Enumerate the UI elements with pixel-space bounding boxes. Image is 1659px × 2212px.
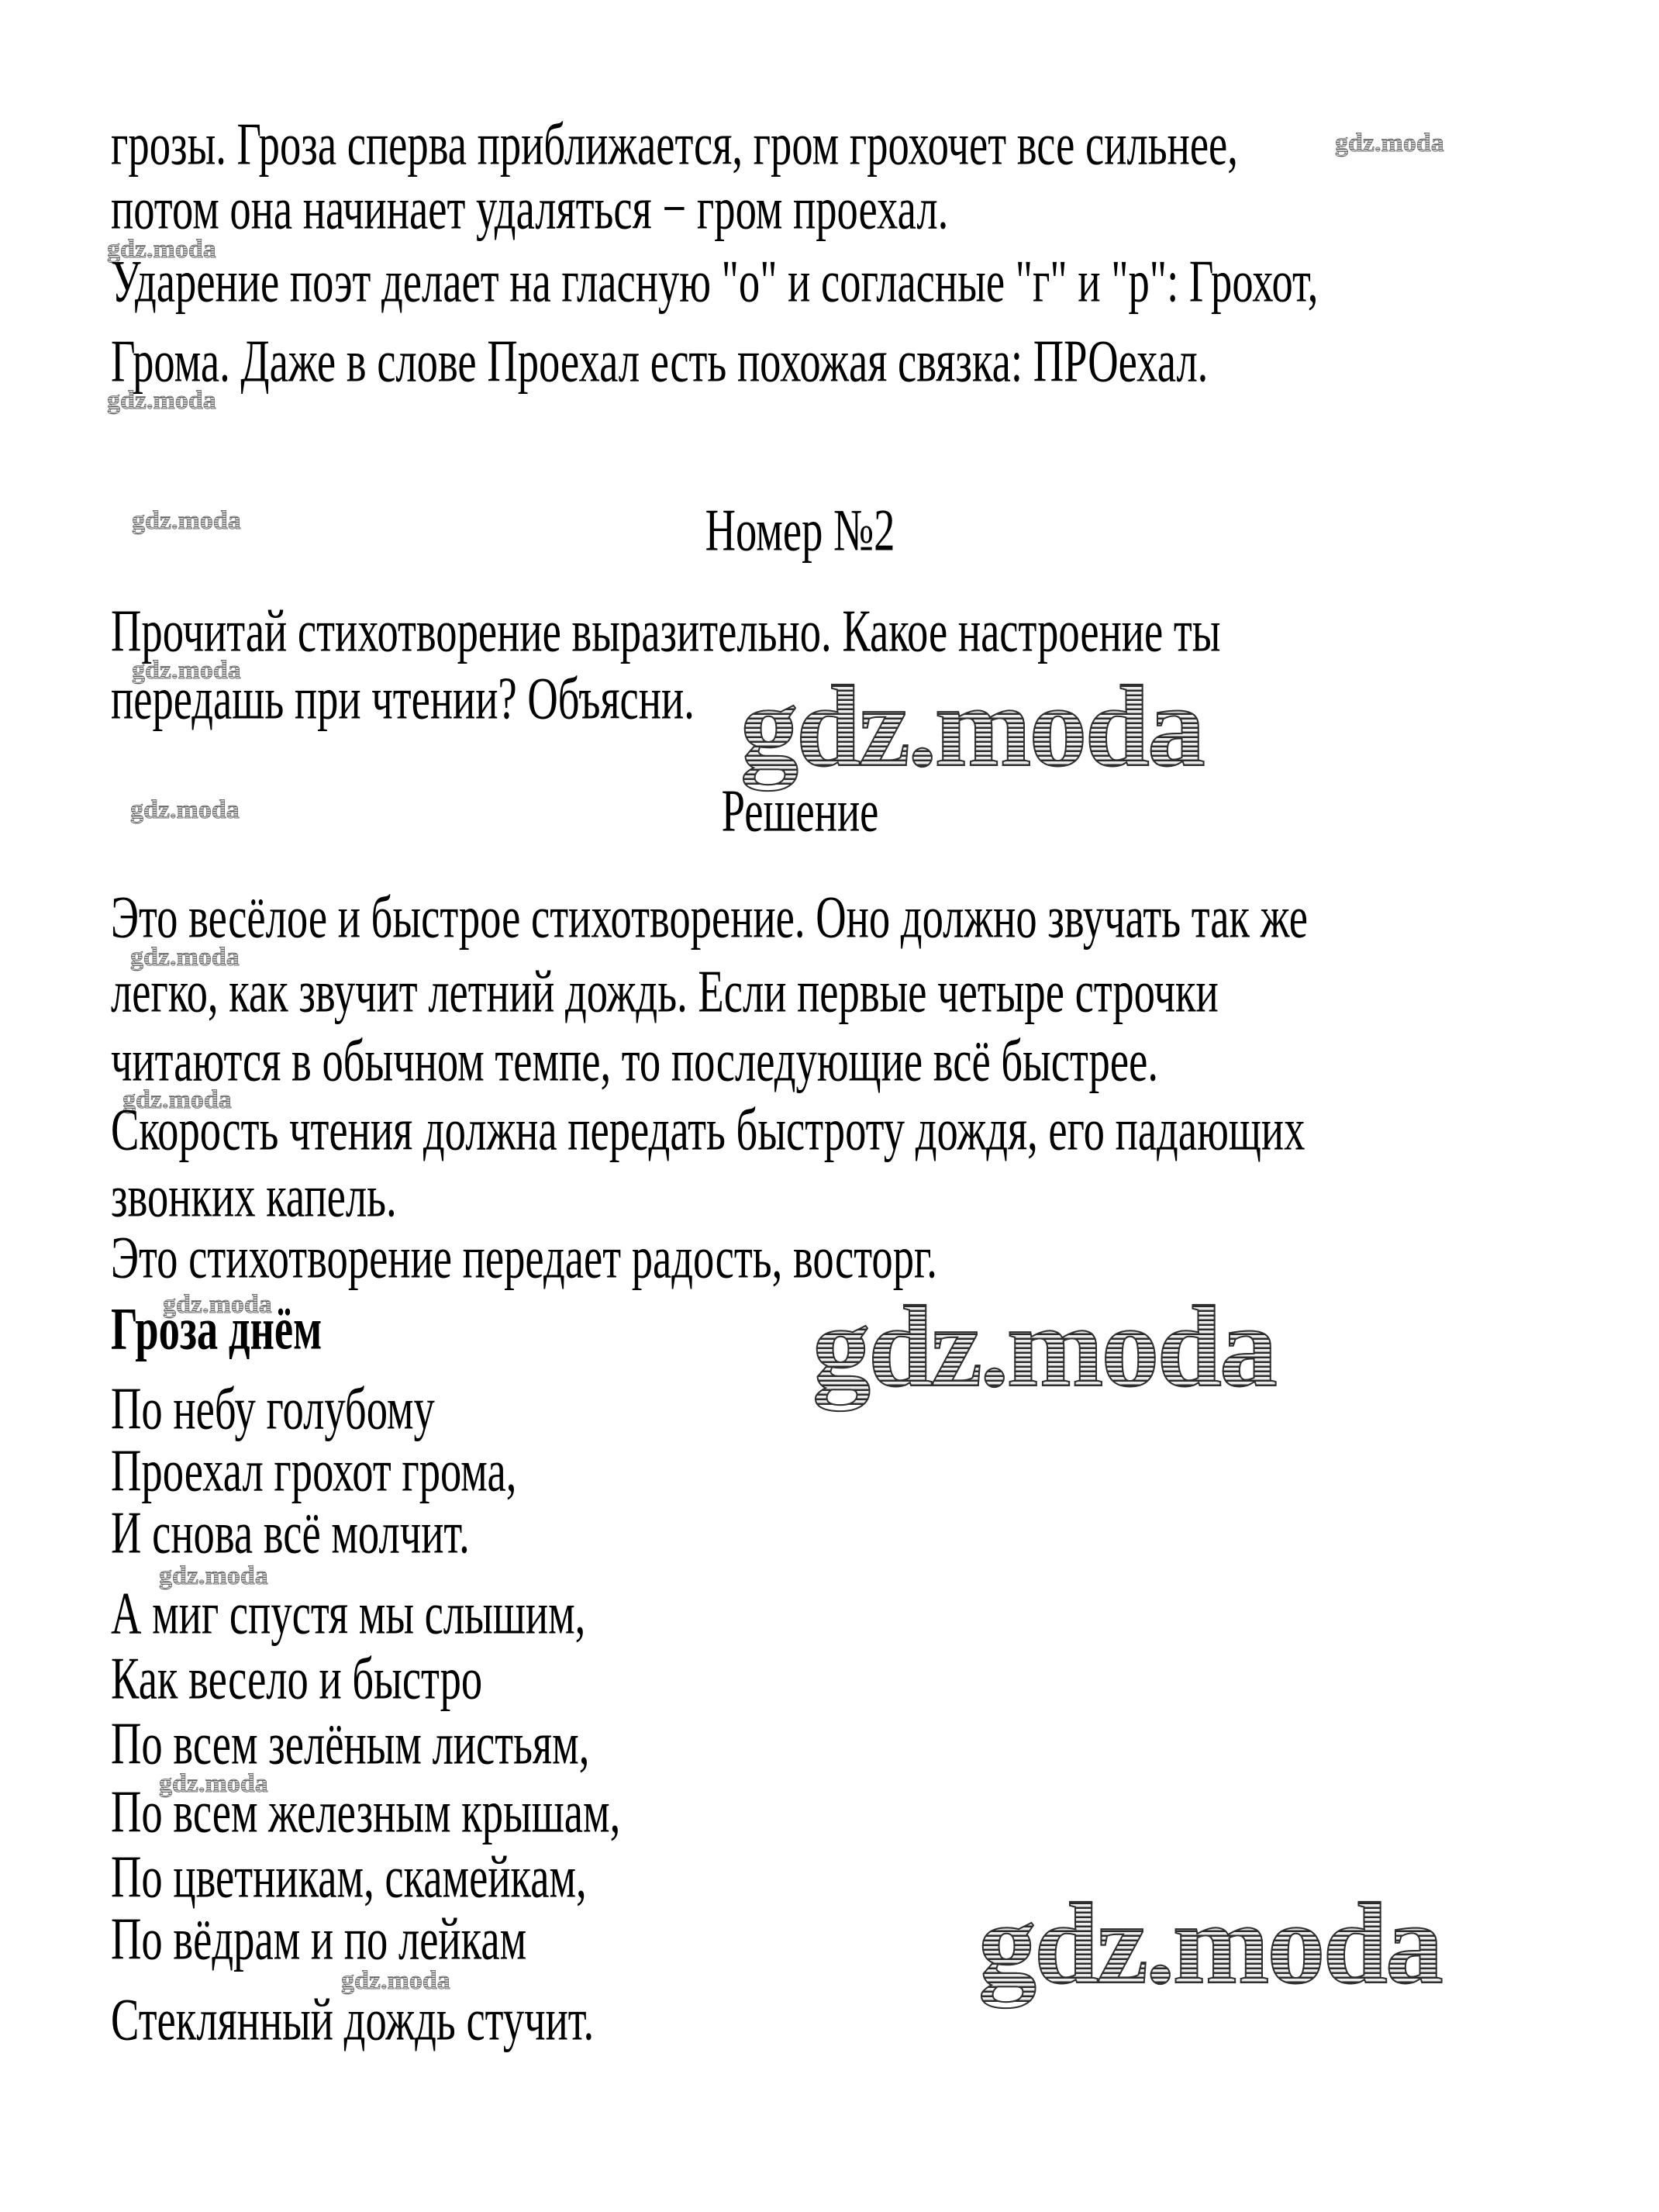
task-line: передашь при чтении? Объясни.	[111, 670, 695, 730]
solution-line: легко, как звучит летний дождь. Если пер…	[111, 963, 1219, 1023]
solution-line: читаются в обычном темпе, то последующие…	[111, 1032, 1158, 1092]
answer-line: Ударение поэт делает на гласную "о" и со…	[111, 253, 1318, 312]
solution-heading: Решение	[176, 782, 1424, 842]
gdz-moda-watermark-large: gdz.moda	[978, 1886, 1441, 2002]
answer-line: потом она начинает удаляться − гром прое…	[111, 180, 948, 240]
answer-line: грозы. Гроза сперва приближается, гром г…	[111, 116, 1238, 175]
poem-line: И снова всё молчит.	[111, 1504, 470, 1564]
poem-line: Проехал грохот грома,	[111, 1442, 516, 1502]
poem-line: По небу голубому	[111, 1380, 435, 1440]
poem-line: По вёдрам и по лейкам	[111, 1910, 526, 1970]
solution-line: Скорость чтения должна передать быстроту…	[111, 1101, 1305, 1161]
poem-line: По всем железным крышам,	[111, 1783, 620, 1843]
task-line: Прочитай стихотворение выразительно. Как…	[111, 602, 1220, 662]
solution-line: Это весёлое и быстрое стихотворение. Оно…	[111, 889, 1308, 948]
gdz-moda-watermark-small: gdz.moda	[1335, 130, 1444, 157]
poem-line: Как весело и быстро	[111, 1650, 482, 1710]
poem-line: Стеклянный дождь стучит.	[111, 1991, 594, 2051]
gdz-moda-watermark-large: gdz.moda	[740, 668, 1203, 785]
poem-line: А миг спустя мы слышим,	[111, 1585, 585, 1644]
answer-line: Грома. Даже в слове Проехал есть похожая…	[111, 333, 1208, 392]
poem-title: Гроза днём	[111, 1300, 322, 1360]
solution-line: Это стихотворение передает радость, вост…	[111, 1229, 937, 1289]
solution-line: звонких капель.	[111, 1168, 397, 1227]
task-number-heading: Номер №2	[176, 502, 1424, 561]
gdz-moda-watermark-large: gdz.moda	[812, 1289, 1275, 1405]
poem-line: По цветникам, скамейкам,	[111, 1848, 587, 1908]
poem-line: По всем зелёным листьям,	[111, 1715, 589, 1775]
document-page: gdz.moda gdz.moda gdz.moda gdz.moda gdz.…	[0, 0, 1659, 2212]
